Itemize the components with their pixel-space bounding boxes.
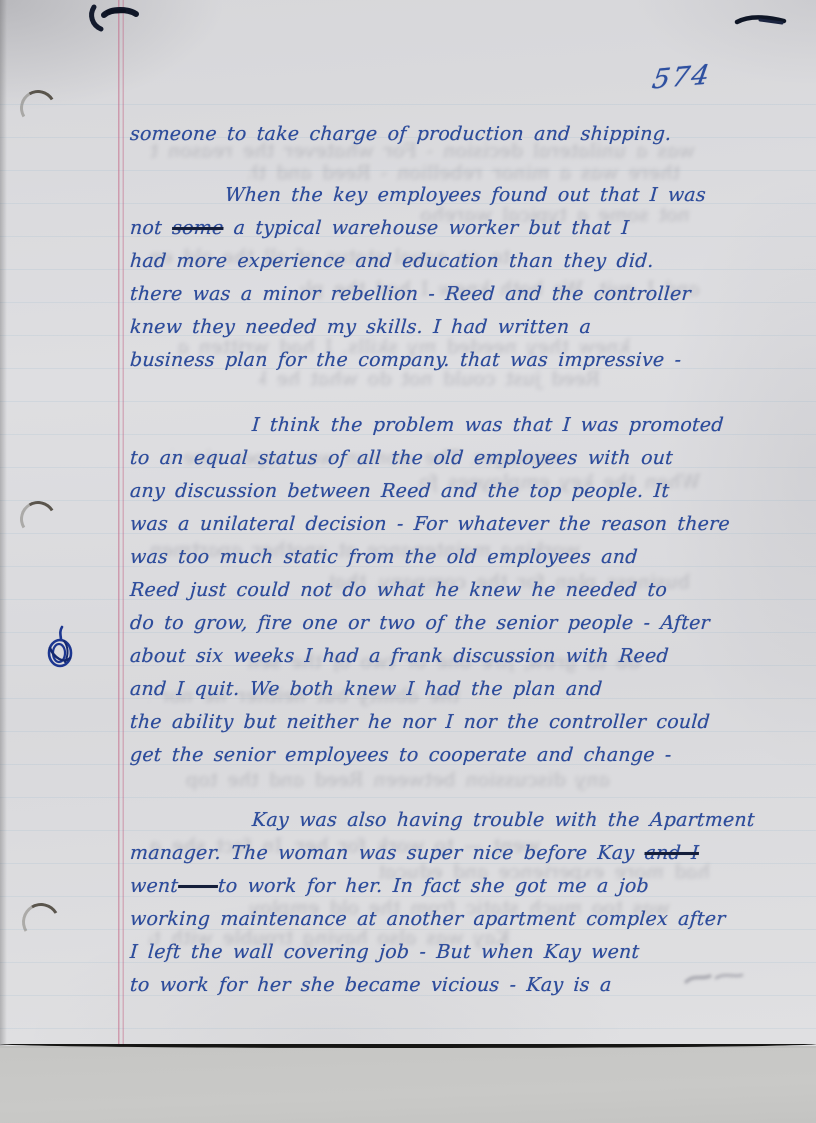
handwriting-text: working maintenance at another apartment… (129, 908, 726, 930)
handwriting-line: I left the wall covering job - But when … (129, 936, 747, 969)
handwriting-line: to an equal status of all the old employ… (129, 442, 747, 475)
handwriting-line: and I quit. We both knew I had the plan … (129, 673, 747, 706)
handwriting-line: business plan for the company. that was … (129, 344, 747, 377)
notebook-page: 574 was a unilateral decision - For what… (0, 0, 816, 1046)
handwriting-text: not (129, 217, 173, 239)
handwriting-line: Reed just could not do what he knew he n… (129, 574, 747, 607)
paragraph: Kay was also having trouble with the Apa… (130, 804, 746, 1002)
struck-out-word: and I (644, 842, 700, 864)
handwriting-line: the ability but neither he nor I nor the… (129, 706, 747, 739)
handwriting-text: and I quit. We both knew I had the plan … (129, 678, 603, 700)
handwriting-line: working maintenance at another apartment… (129, 903, 747, 936)
handwriting-line: went — to work for her. In fact she got … (129, 870, 747, 903)
handwriting-text: I think the problem was that I was promo… (251, 414, 724, 436)
handwriting-text: someone to take charge of production and… (129, 123, 672, 145)
handwriting-line: knew they needed my skills. I had writte… (129, 311, 747, 344)
handwriting-text: went (129, 875, 179, 897)
handwriting-text: I left the wall covering job - But when … (129, 941, 640, 963)
handwriting-line: When the key employees found out that I … (129, 179, 747, 212)
handwriting-text: was a unilateral decision - For whatever… (129, 513, 730, 535)
handwriting-line: someone to take charge of production and… (129, 118, 747, 151)
handwriting-line: do to grow, fire one or two of the senio… (129, 607, 747, 640)
handwriting-text: knew they needed my skills. I had writte… (129, 316, 592, 338)
hole-punch-top (16, 86, 60, 130)
hole-punch-middle (16, 497, 60, 541)
ink-doodle-icon (44, 624, 78, 670)
handwriting-text: about six weeks I had a frank discussion… (129, 645, 669, 667)
paragraph: I think the problem was that I was promo… (130, 409, 746, 772)
handwriting-line: was a unilateral decision - For whatever… (129, 508, 747, 541)
handwriting-line: had more experience and education than t… (129, 245, 747, 278)
handwriting-text: to work for her. In fact she got me a jo… (217, 875, 650, 897)
handwriting-text: When the key employees found out that I … (224, 184, 706, 206)
handwriting-line: I think the problem was that I was promo… (129, 409, 747, 442)
handwritten-text: someone to take charge of production and… (130, 0, 746, 1046)
handwriting-text: a typical warehouse worker but that I (223, 217, 630, 239)
handwriting-line: manager. The woman was super nice before… (129, 837, 747, 870)
struck-out-word: some (171, 217, 224, 239)
left-edge-shadow (0, 0, 7, 1046)
handwriting-text: to work for her she became vicious - Kay… (129, 974, 612, 996)
handwriting-line: Kay was also having trouble with the Apa… (129, 804, 747, 837)
handwriting-text: get the senior employees to cooperate an… (129, 744, 672, 766)
handwriting-text: Reed just could not do what he knew he n… (129, 579, 668, 601)
handwriting-line: not some a typical warehouse worker but … (129, 212, 747, 245)
handwriting-text: had more experience and education than t… (129, 250, 654, 272)
handwriting-line: was too much static from the old employe… (129, 541, 747, 574)
handwriting-text: the ability but neither he nor I nor the… (129, 711, 710, 733)
handwriting-text: Kay was also having trouble with the Apa… (251, 809, 755, 831)
paragraph: someone to take charge of production and… (130, 118, 746, 151)
handwriting-line: any discussion between Reed and the top … (129, 475, 747, 508)
handwriting-text: any discussion between Reed and the top … (129, 480, 670, 502)
handwriting-text: to an equal status of all the old employ… (129, 447, 674, 469)
handwriting-line: about six weeks I had a frank discussion… (129, 640, 747, 673)
handwriting-text: there was a minor rebellion - Reed and t… (129, 283, 691, 305)
hole-punch-bottom (18, 899, 64, 945)
scanned-document: 574 was a unilateral decision - For what… (0, 0, 816, 1123)
handwriting-line: to work for her she became vicious - Kay… (129, 969, 747, 1002)
struck-out-word: — (177, 875, 218, 897)
paragraph: When the key employees found out that I … (130, 179, 746, 377)
margin-line (117, 0, 126, 1046)
handwriting-text: business plan for the company. that was … (129, 349, 682, 371)
scanner-background (0, 1048, 816, 1123)
handwriting-text: was too much static from the old employe… (129, 546, 638, 568)
handwriting-line: there was a minor rebellion - Reed and t… (129, 278, 747, 311)
handwriting-text: manager. The woman was super nice before… (129, 842, 645, 864)
handwriting-text: do to grow, fire one or two of the senio… (129, 612, 710, 634)
handwriting-line: get the senior employees to cooperate an… (129, 739, 747, 772)
